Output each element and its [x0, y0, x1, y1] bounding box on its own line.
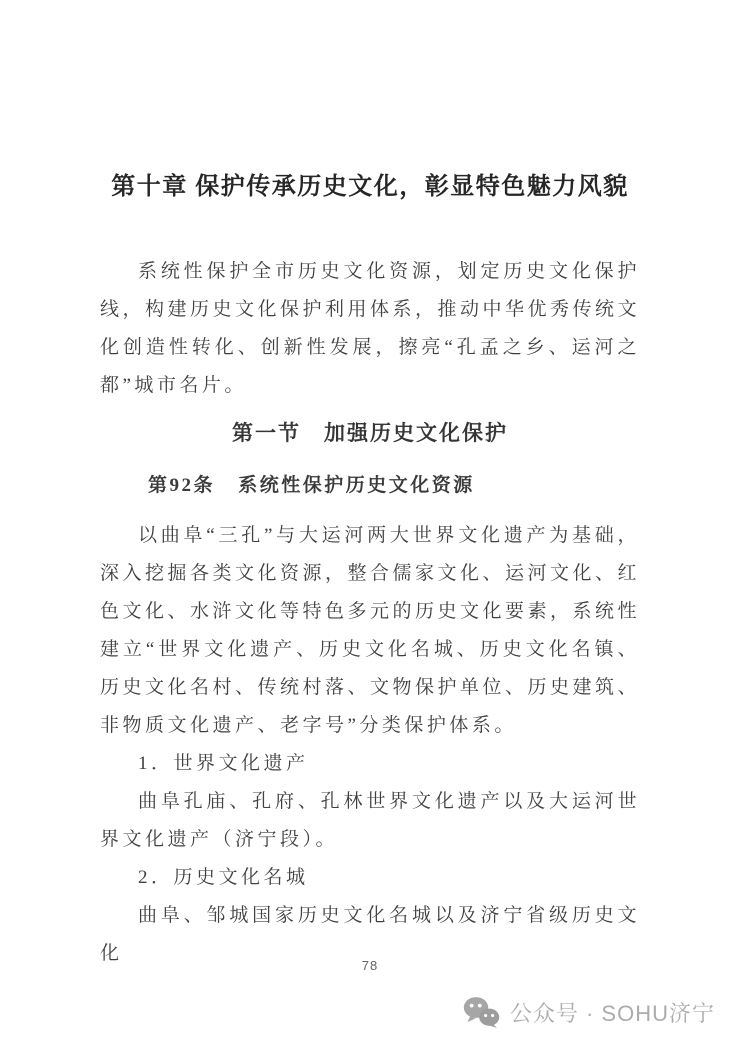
watermark-label: 公众号 · SOHU济宁	[510, 997, 715, 1028]
page-number: 78	[0, 958, 740, 973]
watermark: 公众号 · SOHU济宁	[463, 996, 715, 1028]
article-heading: 第92条 系统性保护历史文化资源	[100, 467, 640, 505]
list-item-heading: 2．历史文化名城	[100, 859, 640, 897]
chapter-title: 第十章 保护传承历史文化，彰显特色魅力风貌	[55, 166, 685, 201]
list-item-body: 曲阜孔庙、孔府、孔林世界文化遗产以及大运河世界文化遗产（济宁段）。	[100, 783, 640, 859]
intro-paragraph: 系统性保护全市历史文化资源，划定历史文化保护线，构建历史文化保护利用体系，推动中…	[100, 253, 640, 405]
wechat-icon	[463, 996, 500, 1028]
document-page: 第十章 保护传承历史文化，彰显特色魅力风貌 系统性保护全市历史文化资源，划定历史…	[0, 0, 740, 1047]
article-title: 系统性保护历史文化资源	[238, 475, 475, 496]
section-heading: 第一节 加强历史文化保护	[0, 421, 740, 447]
list-item-heading: 1．世界文化遗产	[100, 745, 640, 783]
article-number: 第92条	[148, 475, 215, 496]
article-paragraph: 以曲阜“三孔”与大运河两大世界文化遗产为基础，深入挖掘各类文化资源，整合儒家文化…	[100, 517, 640, 745]
